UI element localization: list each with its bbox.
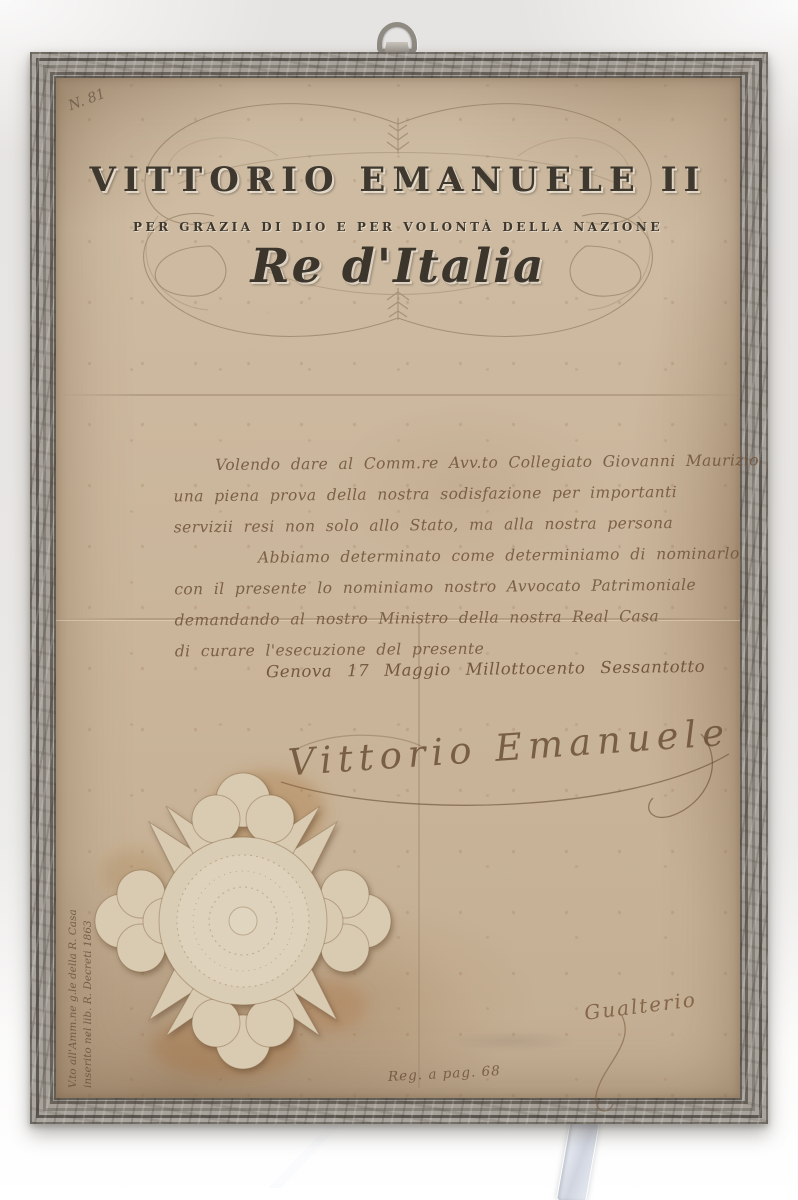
photo-scene: N. 81: [0, 0, 798, 1200]
fold-crease-vertical: [418, 623, 420, 1088]
manuscript-line: Abbiamo determinato come determiniamo di…: [174, 539, 726, 575]
manuscript-line: servizii resi non solo allo Stato, ma al…: [174, 508, 726, 544]
manuscript-line: Volendo dare al Comm.re Avv.to Collegiat…: [173, 446, 725, 482]
kingdom-title: Re d'Italia: [56, 239, 740, 294]
manuscript-line: una piena prova della nostra sodisfazion…: [173, 477, 725, 513]
manuscript-line: demandando al nostro Ministro della nost…: [174, 601, 726, 637]
paper-seal: [76, 754, 410, 1088]
royal-motto: PER GRAZIA DI DIO E PER VOLONTÀ DELLA NA…: [56, 220, 740, 234]
margin-note-line: V.to all'Amm.ne g.le della R. Casa: [66, 870, 81, 1088]
display-stand-left-prong: [268, 1122, 378, 1188]
display-stand-right-prong: [556, 1120, 600, 1200]
king-name-heading: VITTORIO EMANUELE II: [56, 160, 740, 200]
margin-note-line: inserito nel lib. R. Decreti 1863: [81, 870, 96, 1088]
manuscript-body: Volendo dare al Comm.re Avv.to Collegiat…: [173, 446, 727, 668]
picture-frame: N. 81: [30, 52, 768, 1124]
manuscript-line: con il presente lo nominiamo nostro Avvo…: [174, 570, 726, 606]
margin-registration-note: V.to all'Amm.ne g.le della R. Casa inser…: [66, 870, 96, 1088]
document-paper: N. 81: [56, 78, 740, 1098]
countersignature-flourish: [576, 1012, 646, 1122]
archival-number: N. 81: [66, 86, 107, 114]
fold-crease-upper: [56, 394, 740, 396]
ink-smudge: [448, 1030, 578, 1052]
